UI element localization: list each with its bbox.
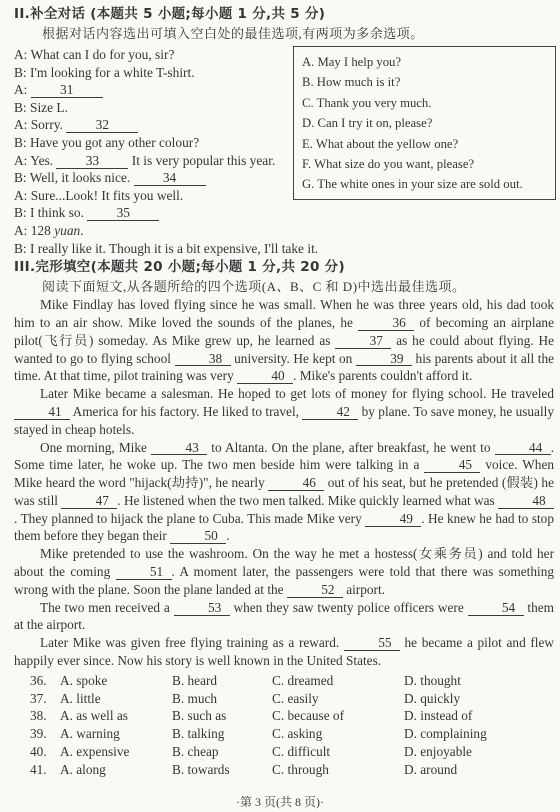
blank-43: 43 bbox=[151, 441, 207, 456]
choice-option: D. quickly bbox=[404, 690, 554, 708]
section-ii-instruction: 根据对话内容选出可填入空白处的最佳选项,有两项为多余选项。 bbox=[14, 24, 554, 43]
dialogue-option: D. Can I try it on, please? bbox=[302, 113, 551, 133]
dialogue-option: F. What size do you want, please? bbox=[302, 154, 551, 174]
blank-37: 37 bbox=[335, 334, 391, 349]
exam-page: II.补全对话 (本题共 5 小题;每小题 1 分,共 5 分) 根据对话内容选… bbox=[0, 0, 560, 812]
blank-52: 52 bbox=[287, 583, 343, 598]
choice-option: A. spoke bbox=[60, 672, 172, 690]
choice-option: B. such as bbox=[172, 707, 272, 725]
blank-42: 42 bbox=[302, 405, 358, 420]
cloze-paragraph: Mike Findlay has loved flying since he w… bbox=[14, 296, 554, 385]
question-number: 37. bbox=[30, 690, 60, 708]
cloze-choice-row: 39.A. warningB. talkingC. askingD. compl… bbox=[30, 725, 554, 743]
choice-option: A. warning bbox=[60, 725, 172, 743]
blank-39: 39 bbox=[356, 352, 412, 367]
cloze-paragraph: One morning, Mike 43 to Altanta. On the … bbox=[14, 439, 554, 546]
cloze-paragraph: The two men received a 53 when they saw … bbox=[14, 599, 554, 635]
dialogue-line: A: 128 yuan. bbox=[14, 222, 554, 240]
blank-51: 51 bbox=[116, 565, 172, 580]
blank-54: 54 bbox=[468, 601, 524, 616]
italic-text: yuan bbox=[54, 223, 80, 238]
choice-option: C. asking bbox=[272, 725, 404, 743]
choice-option: D. thought bbox=[404, 672, 554, 690]
blank-50: 50 bbox=[170, 529, 226, 544]
blank-33: 33 bbox=[56, 154, 128, 169]
choice-option: D. complaining bbox=[404, 725, 554, 743]
blank-34: 34 bbox=[134, 171, 206, 186]
cloze-passage: Mike Findlay has loved flying since he w… bbox=[14, 296, 554, 670]
blank-45: 45 bbox=[424, 458, 480, 473]
choice-option: C. dreamed bbox=[272, 672, 404, 690]
question-number: 39. bbox=[30, 725, 60, 743]
choice-option: A. as well as bbox=[60, 707, 172, 725]
choice-option: B. much bbox=[172, 690, 272, 708]
choice-option: D. enjoyable bbox=[404, 743, 554, 761]
cloze-choices: 36.A. spokeB. heardC. dreamedD. thought3… bbox=[14, 672, 554, 779]
dialogue-option: A. May I help you? bbox=[302, 52, 551, 72]
blank-35: 35 bbox=[87, 206, 159, 221]
choice-option: B. talking bbox=[172, 725, 272, 743]
choice-option: D. instead of bbox=[404, 707, 554, 725]
section-ii-heading: II.补全对话 (本题共 5 小题;每小题 1 分,共 5 分) bbox=[14, 5, 554, 24]
blank-44: 44 bbox=[495, 441, 551, 456]
cloze-choice-row: 37.A. littleB. muchC. easilyD. quickly bbox=[30, 690, 554, 708]
dialogue-option: C. Thank you very much. bbox=[302, 93, 551, 113]
blank-49: 49 bbox=[365, 512, 421, 527]
blank-31: 31 bbox=[31, 83, 103, 98]
blank-48: 48 bbox=[498, 494, 554, 509]
choice-option: C. because of bbox=[272, 707, 404, 725]
question-number: 40. bbox=[30, 743, 60, 761]
blank-36: 36 bbox=[358, 316, 414, 331]
cloze-choice-row: 38.A. as well asB. such asC. because ofD… bbox=[30, 707, 554, 725]
cloze-choice-row: 36.A. spokeB. heardC. dreamedD. thought bbox=[30, 672, 554, 690]
choice-option: C. through bbox=[272, 761, 404, 779]
question-number: 38. bbox=[30, 707, 60, 725]
choice-option: B. cheap bbox=[172, 743, 272, 761]
blank-53: 53 bbox=[174, 601, 230, 616]
choice-option: C. easily bbox=[272, 690, 404, 708]
question-number: 41. bbox=[30, 761, 60, 779]
cloze-choice-row: 40.A. expensiveB. cheapC. difficultD. en… bbox=[30, 743, 554, 761]
page-footer: ·第 3 页(共 8 页)· bbox=[0, 793, 560, 810]
dialogue-option: B. How much is it? bbox=[302, 72, 551, 92]
blank-46: 46 bbox=[268, 476, 324, 491]
choice-option: C. difficult bbox=[272, 743, 404, 761]
blank-32: 32 bbox=[66, 118, 138, 133]
dialogue-line: B: I really like it. Though it is a bit … bbox=[14, 240, 554, 258]
blank-40: 40 bbox=[237, 369, 293, 384]
choice-option: D. around bbox=[404, 761, 554, 779]
blank-38: 38 bbox=[175, 352, 231, 367]
section-iii-heading: III.完形填空(本题共 20 小题;每小题 1 分,共 20 分) bbox=[14, 258, 554, 277]
dialogue-options-box: A. May I help you?B. How much is it?C. T… bbox=[293, 46, 556, 200]
section-iii-instruction: 阅读下面短文,从各题所给的四个选项(A、B、C 和 D)中选出最佳选项。 bbox=[14, 277, 554, 296]
blank-41: 41 bbox=[14, 405, 70, 420]
question-number: 36. bbox=[30, 672, 60, 690]
dialogue-option: E. What about the yellow one? bbox=[302, 134, 551, 154]
choice-option: A. along bbox=[60, 761, 172, 779]
blank-47: 47 bbox=[61, 494, 117, 509]
cloze-choice-row: 41.A. alongB. towardsC. throughD. around bbox=[30, 761, 554, 779]
section-iii: III.完形填空(本题共 20 小题;每小题 1 分,共 20 分) 阅读下面短… bbox=[14, 258, 554, 779]
choice-option: A. expensive bbox=[60, 743, 172, 761]
blank-55: 55 bbox=[344, 636, 400, 651]
dialogue-line: B: I think so. 35 bbox=[14, 204, 554, 222]
cloze-paragraph: Later Mike was given free flying trainin… bbox=[14, 634, 554, 670]
dialogue-option: G. The white ones in your size are sold … bbox=[302, 174, 551, 194]
choice-option: B. heard bbox=[172, 672, 272, 690]
choice-option: B. towards bbox=[172, 761, 272, 779]
cloze-paragraph: Mike pretended to use the washroom. On t… bbox=[14, 545, 554, 598]
cloze-paragraph: Later Mike became a salesman. He hoped t… bbox=[14, 385, 554, 438]
choice-option: A. little bbox=[60, 690, 172, 708]
